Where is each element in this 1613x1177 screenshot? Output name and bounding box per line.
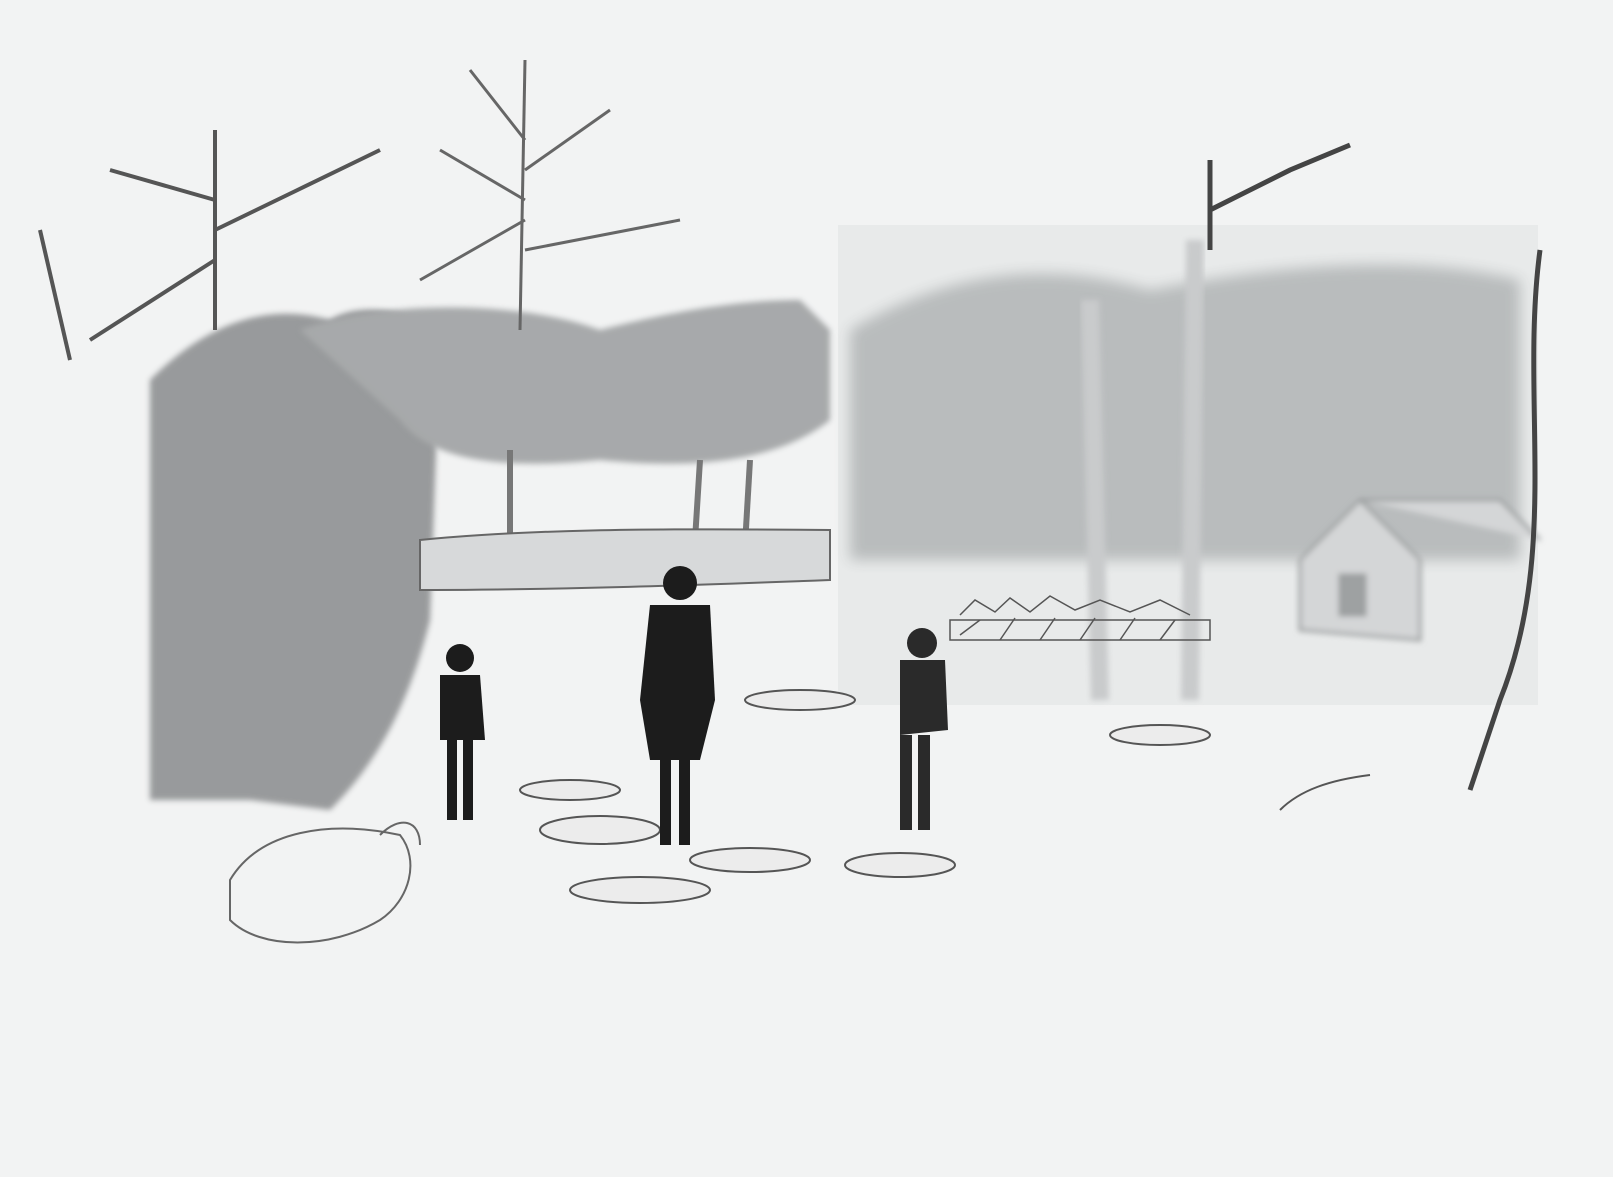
drawing-canvas [0,0,1613,1177]
stone-wall [420,529,830,590]
vellum-overlay [838,225,1540,705]
